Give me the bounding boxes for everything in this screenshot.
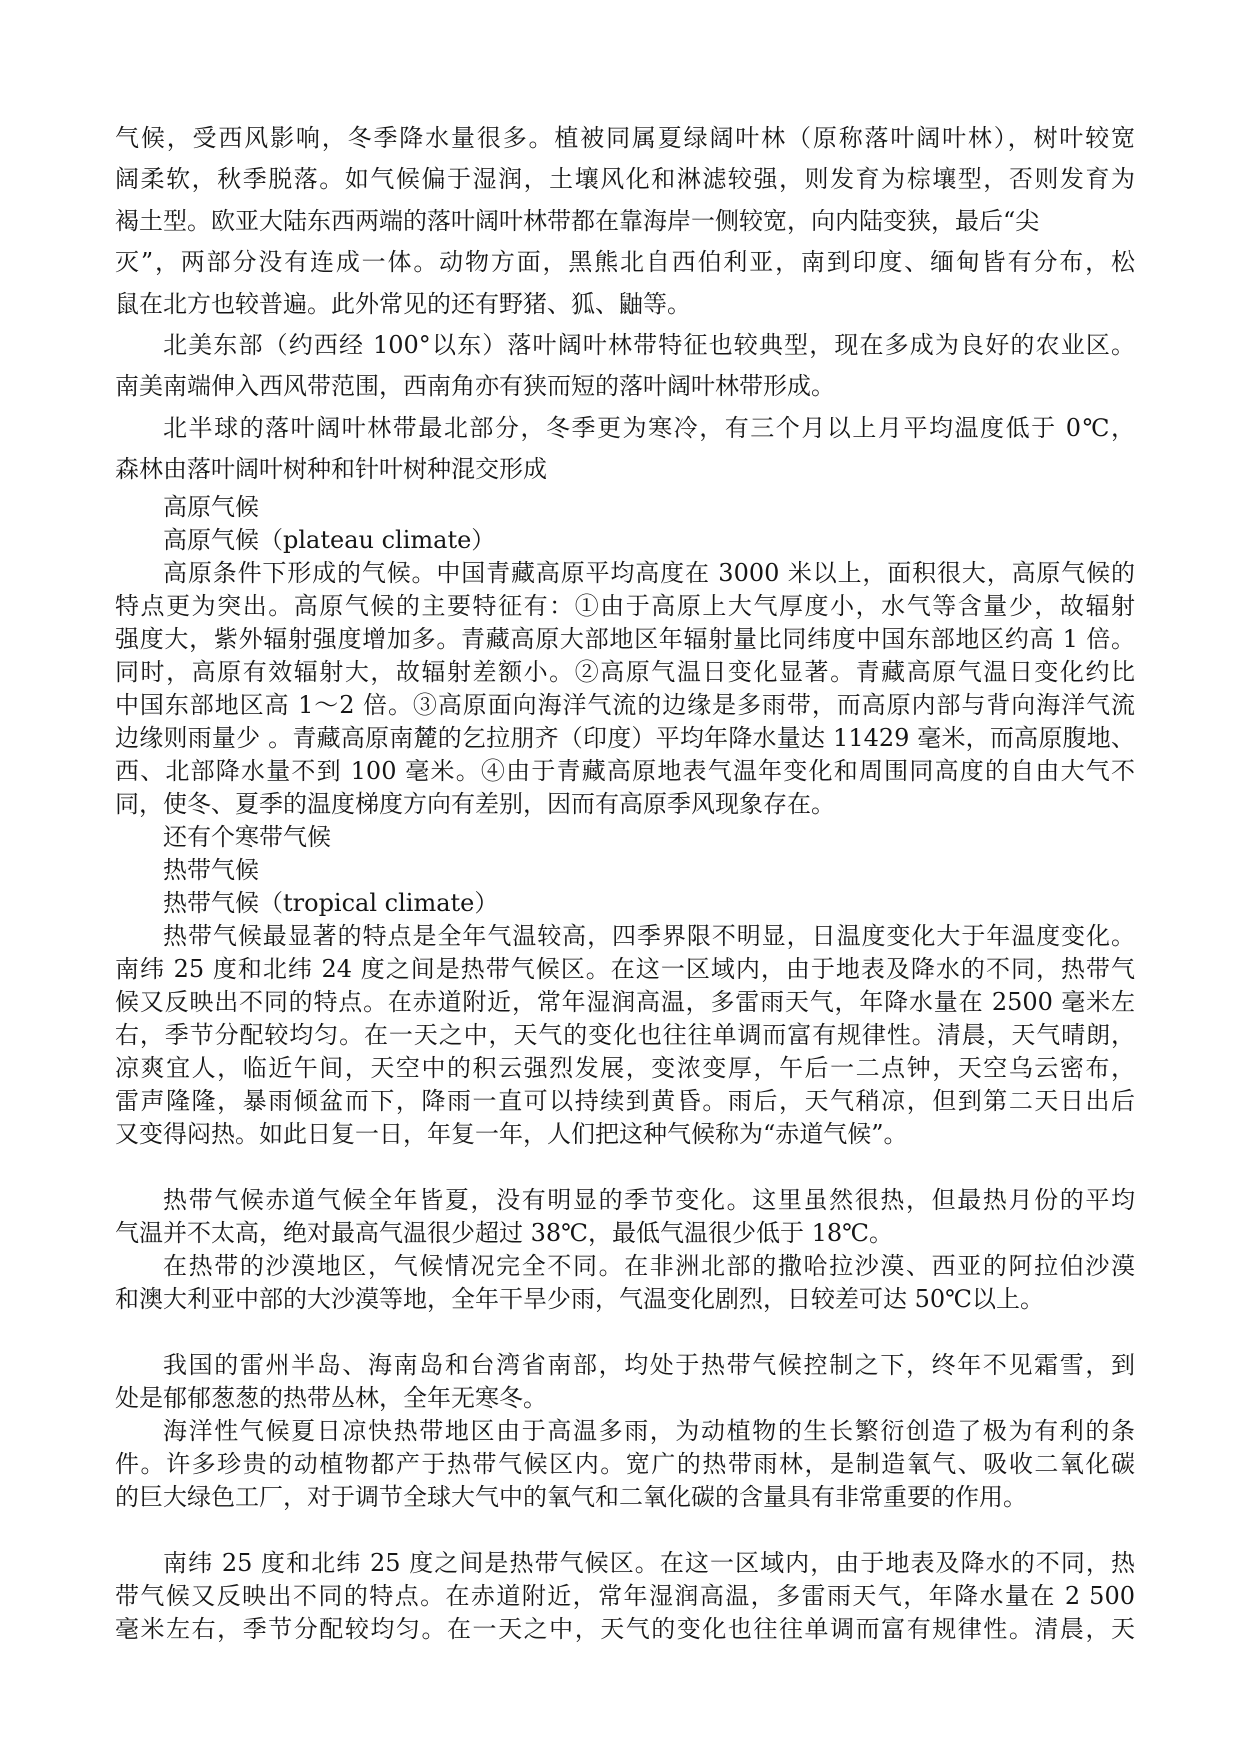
text-line: 处是郁郁葱葱的热带丛林，全年无寒冬。: [115, 1382, 1135, 1415]
text-line: 北半球的落叶阔叶林带最北部分，冬季更为寒冷，有三个月以上月平均温度低于 0℃，: [115, 408, 1135, 449]
paragraph-section-wide-spacing: 气候，受西风影响，冬季降水量很多。植被同属夏绿阔叶林（原称落叶阔叶林），树叶较宽…: [115, 118, 1135, 491]
text-line: 高原气候: [115, 491, 1135, 524]
text-line: 褐土型。欧亚大陆东西两端的落叶阔叶林带都在靠海岸一侧较宽，向内陆变狭，最后“尖: [115, 201, 1135, 242]
text-line: 件。许多珍贵的动植物都产于热带气候区内。宽广的热带雨林，是制造氧气、吸收二氧化碳: [115, 1448, 1135, 1481]
text-line: 南纬 25 度和北纬 24 度之间是热带气候区。在这一区域内，由于地表及降水的不…: [115, 953, 1135, 986]
text-line: 在热带的沙漠地区，气候情况完全不同。在非洲北部的撒哈拉沙漠、西亚的阿拉伯沙漠: [115, 1250, 1135, 1283]
text-line: 高原气候（plateau climate）: [115, 524, 1135, 557]
text-line: 灭”，两部分没有连成一体。动物方面，黑熊北自西伯利亚，南到印度、缅甸皆有分布，松: [115, 242, 1135, 283]
text-line: 候又反映出不同的特点。在赤道附近，常年湿润高温，多雷雨天气，年降水量在 2500…: [115, 986, 1135, 1019]
text-line: 雷声隆隆，暴雨倾盆而下，降雨一直可以持续到黄昏。雨后，天气稍凉，但到第二天日出后: [115, 1085, 1135, 1118]
text-line: 强度大，紫外辐射强度增加多。青藏高原大部地区年辐射量比同纬度中国东部地区约高 1…: [115, 623, 1135, 656]
text-line: 我国的雷州半岛、海南岛和台湾省南部，均处于热带气候控制之下，终年不见霜雪，到: [115, 1349, 1135, 1382]
text-line: 森林由落叶阔叶树种和针叶树种混交形成: [115, 449, 1135, 490]
blank-line: [115, 1514, 1135, 1547]
text-line: 阔柔软，秋季脱落。如气候偏于湿润，土壤风化和淋滤较强，则发育为棕壤型，否则发育为: [115, 159, 1135, 200]
text-line: 气候，受西风影响，冬季降水量很多。植被同属夏绿阔叶林（原称落叶阔叶林），树叶较宽: [115, 118, 1135, 159]
text-line: 热带气候: [115, 854, 1135, 887]
text-line: 海洋性气候夏日凉快热带地区由于高温多雨，为动植物的生长繁衍创造了极为有利的条: [115, 1415, 1135, 1448]
text-line: 北美东部（约西经 100°以东）落叶阔叶林带特征也较典型，现在多成为良好的农业区…: [115, 325, 1135, 366]
text-line: 气温并不太高，绝对最高气温很少超过 38℃，最低气温很少低于 18℃。: [115, 1217, 1135, 1250]
text-line: 鼠在北方也较普遍。此外常见的还有野猪、狐、鼬等。: [115, 284, 1135, 325]
text-line: 热带气候最显著的特点是全年气温较高，四季界限不明显，日温度变化大于年温度变化。: [115, 920, 1135, 953]
text-line: 边缘则雨量少 。青藏高原南麓的乞拉朋齐（印度）平均年降水量达 11429 毫米，…: [115, 722, 1135, 755]
text-line: 高原条件下形成的气候。中国青藏高原平均高度在 3000 米以上，面积很大，高原气…: [115, 557, 1135, 590]
text-line: 西、北部降水量不到 100 毫米。④由于青藏高原地表气温年变化和周围同高度的自由…: [115, 755, 1135, 788]
text-line: 同时，高原有效辐射大，故辐射差额小。②高原气温日变化显著。青藏高原气温日变化约比: [115, 656, 1135, 689]
text-line: 南纬 25 度和北纬 25 度之间是热带气候区。在这一区域内，由于地表及降水的不…: [115, 1547, 1135, 1580]
text-line: 凉爽宜人，临近午间，天空中的积云强烈发展，变浓变厚，午后一二点钟，天空乌云密布，: [115, 1052, 1135, 1085]
document-page: 气候，受西风影响，冬季降水量很多。植被同属夏绿阔叶林（原称落叶阔叶林），树叶较宽…: [0, 0, 1241, 1754]
text-line: 带气候又反映出不同的特点。在赤道附近，常年湿润高温，多雷雨天气，年降水量在 2 …: [115, 1580, 1135, 1613]
text-line: 和澳大利亚中部的大沙漠等地，全年干旱少雨，气温变化剧烈，日较差可达 50℃以上。: [115, 1283, 1135, 1316]
text-body: 气候，受西风影响，冬季降水量很多。植被同属夏绿阔叶林（原称落叶阔叶林），树叶较宽…: [115, 118, 1135, 1646]
paragraph-section-normal-spacing: 高原气候高原气候（plateau climate）高原条件下形成的气候。中国青藏…: [115, 491, 1135, 1646]
text-line: 右，季节分配较均匀。在一天之中，天气的变化也往往单调而富有规律性。清晨，天气晴朗…: [115, 1019, 1135, 1052]
blank-line: [115, 1316, 1135, 1349]
text-line: 南美南端伸入西风带范围，西南角亦有狭而短的落叶阔叶林带形成。: [115, 366, 1135, 407]
text-line: 的巨大绿色工厂，对于调节全球大气中的氧气和二氧化碳的含量具有非常重要的作用。: [115, 1481, 1135, 1514]
text-line: 热带气候赤道气候全年皆夏，没有明显的季节变化。这里虽然很热，但最热月份的平均: [115, 1184, 1135, 1217]
text-line: 还有个寒带气候: [115, 821, 1135, 854]
text-line: 同，使冬、夏季的温度梯度方向有差别，因而有高原季风现象存在。: [115, 788, 1135, 821]
text-line: 毫米左右，季节分配较均匀。在一天之中，天气的变化也往往单调而富有规律性。清晨，天: [115, 1613, 1135, 1646]
text-line: 热带气候（tropical climate）: [115, 887, 1135, 920]
text-line: 又变得闷热。如此日复一日，年复一年，人们把这种气候称为“赤道气候”。: [115, 1118, 1135, 1151]
text-line: 特点更为突出。高原气候的主要特征有：①由于高原上大气厚度小，水气等含量少，故辐射: [115, 590, 1135, 623]
blank-line: [115, 1151, 1135, 1184]
text-line: 中国东部地区高 1～2 倍。③高原面向海洋气流的边缘是多雨带，而高原内部与背向海…: [115, 689, 1135, 722]
